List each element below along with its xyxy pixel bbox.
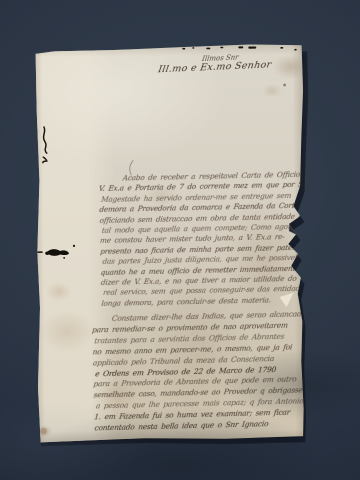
- photo-backdrop: Illmos Snr Ill.mo e Ex.mo Senhor Acabo d…: [0, 0, 360, 480]
- body-paragraph-2: Constame dizer-lhe das Indias, que serao…: [92, 309, 315, 434]
- manuscript-page: Illmos Snr Ill.mo e Ex.mo Senhor Acabo d…: [32, 43, 307, 443]
- body-paragraph-1: Acabo de receber a respeitavel Carta de …: [99, 169, 314, 309]
- salutation: Illmos Snr Ill.mo e Ex.mo Senhor: [139, 51, 292, 76]
- foxing-spot: [40, 428, 47, 435]
- ink-squiggle-mark: [42, 127, 46, 163]
- top-edge-specks: [182, 46, 296, 52]
- foxing-spot: [283, 84, 286, 87]
- ink-blot-mark: [36, 245, 75, 259]
